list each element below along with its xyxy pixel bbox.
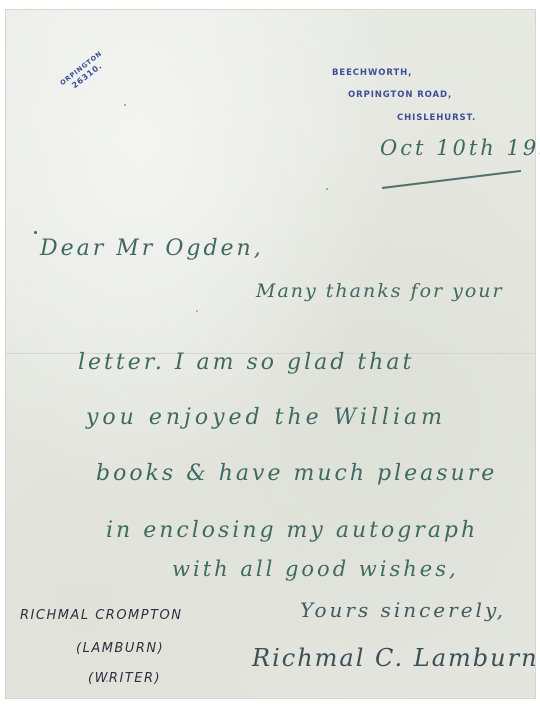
annotation-occupation: (WRITER) [88, 671, 161, 686]
letter-salutation: Dear Mr Ogden, [40, 236, 264, 261]
ink-speck [124, 104, 126, 106]
letter-closing: Yours sincerely, [300, 598, 506, 622]
ink-speck [34, 231, 37, 234]
letter-body-line: with all good wishes, [172, 557, 459, 581]
letterhead-address-line-1: BEECHWORTH, [332, 68, 412, 78]
ink-speck [326, 188, 328, 190]
letter-body-line: books & have much pleasure [96, 461, 497, 486]
annotation-married-name: (LAMBURN) [76, 641, 164, 656]
letter-signature: Richmal C. Lamburn [252, 644, 539, 672]
letter-body-line: you enjoyed the William [86, 405, 446, 430]
letter-date: Oct 10th 1955 [380, 136, 540, 160]
letter-body-line: in enclosing my autograph [106, 518, 478, 543]
ink-speck [196, 310, 198, 312]
letterhead-address-line-3: CHISLEHURST. [397, 113, 476, 123]
annotation-name: RICHMAL CROMPTON [20, 608, 183, 623]
scanned-letter: ORPINGTON 26310. BEECHWORTH, ORPINGTON R… [0, 0, 540, 715]
letter-body-line: Many thanks for your [256, 280, 504, 302]
letterhead-address-line-2: ORPINGTON ROAD, [348, 90, 452, 100]
letter-body-line: letter. I am so glad that [78, 350, 414, 375]
